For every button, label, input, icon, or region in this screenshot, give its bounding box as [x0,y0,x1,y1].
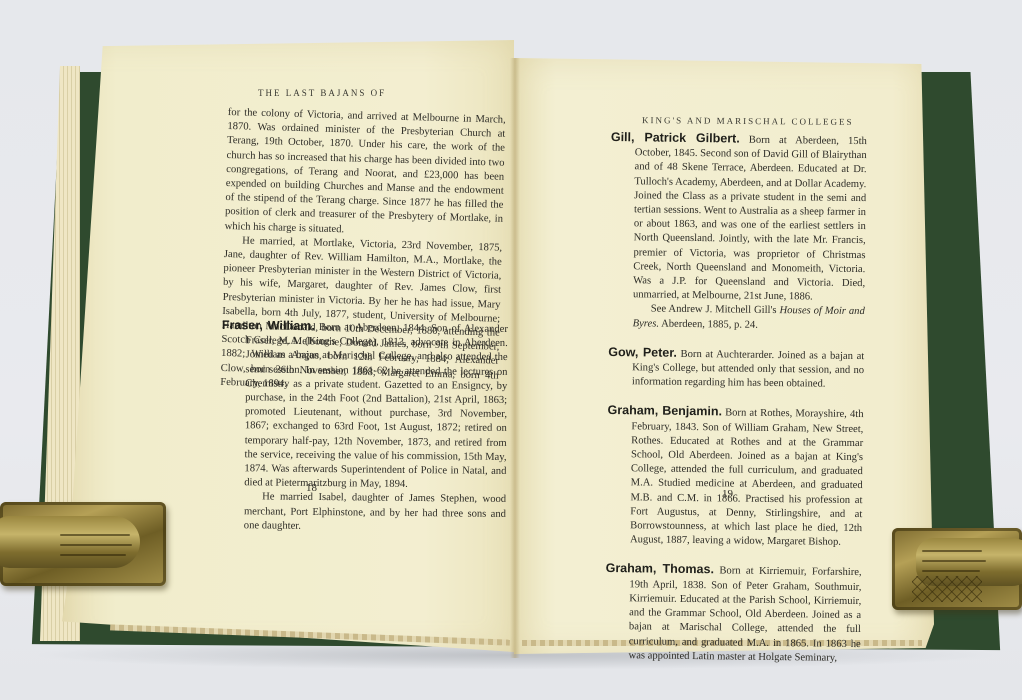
brass-hand-page-holder-left [0,502,166,586]
entry-name: Fraser, William. [222,318,315,333]
book-gutter [510,58,520,658]
entry-graham-thomas: Graham, Thomas. Born at Kirriemuir, Forf… [604,561,861,666]
brass-hand-icon [0,516,140,568]
entry-name: Gill, Patrick Gilbert. [611,130,740,146]
entry-fraser-william: Fraser, William. Born at Aberdeen, 1844.… [220,318,508,536]
entry-name: Graham, Thomas. [606,561,715,576]
book-photo: THE LAST BAJANS OF for the colony of Vic… [0,0,1022,700]
entry-extra: See Andrew J. Mitchell Gill's Houses of … [609,302,865,334]
entry-gill-patrick-gilbert: Gill, Patrick Gilbert. Born at Aberdeen,… [609,130,867,334]
continuation-paragraph: for the colony of Victoria, and arrived … [224,106,505,242]
lattice-pattern [912,576,982,602]
entry-body: Born at Rothes, Morayshire, 4th February… [630,408,864,548]
brass-hand-page-holder-right [892,528,1022,610]
entry-extra: He married Isabel, daughter of James Ste… [220,490,506,536]
left-page-number: 18 [306,482,317,494]
entry-graham-benjamin: Graham, Benjamin. Born at Rothes, Morays… [606,403,864,550]
left-running-head: THE LAST BAJANS OF [258,88,386,98]
entry-name: Gow, Peter. [608,345,677,360]
entry-gow-peter: Gow, Peter. Born at Auchterarder. Joined… [608,345,865,393]
entry-body: Born at Kirriemuir, Forfarshire, 19th Ap… [629,566,862,664]
right-page-number: 19 [722,488,733,500]
right-entries: Gill, Patrick Gilbert. Born at Aberdeen,… [604,130,866,666]
entry-body: Born at Aberdeen, 15th October, 1845. Se… [633,135,867,303]
entry-body: Born at Aberdeen, 1844. Son of Alexander… [244,322,508,490]
right-running-head: KING'S AND MARISCHAL COLLEGES [642,115,854,127]
entry-name: Graham, Benjamin. [607,403,722,418]
